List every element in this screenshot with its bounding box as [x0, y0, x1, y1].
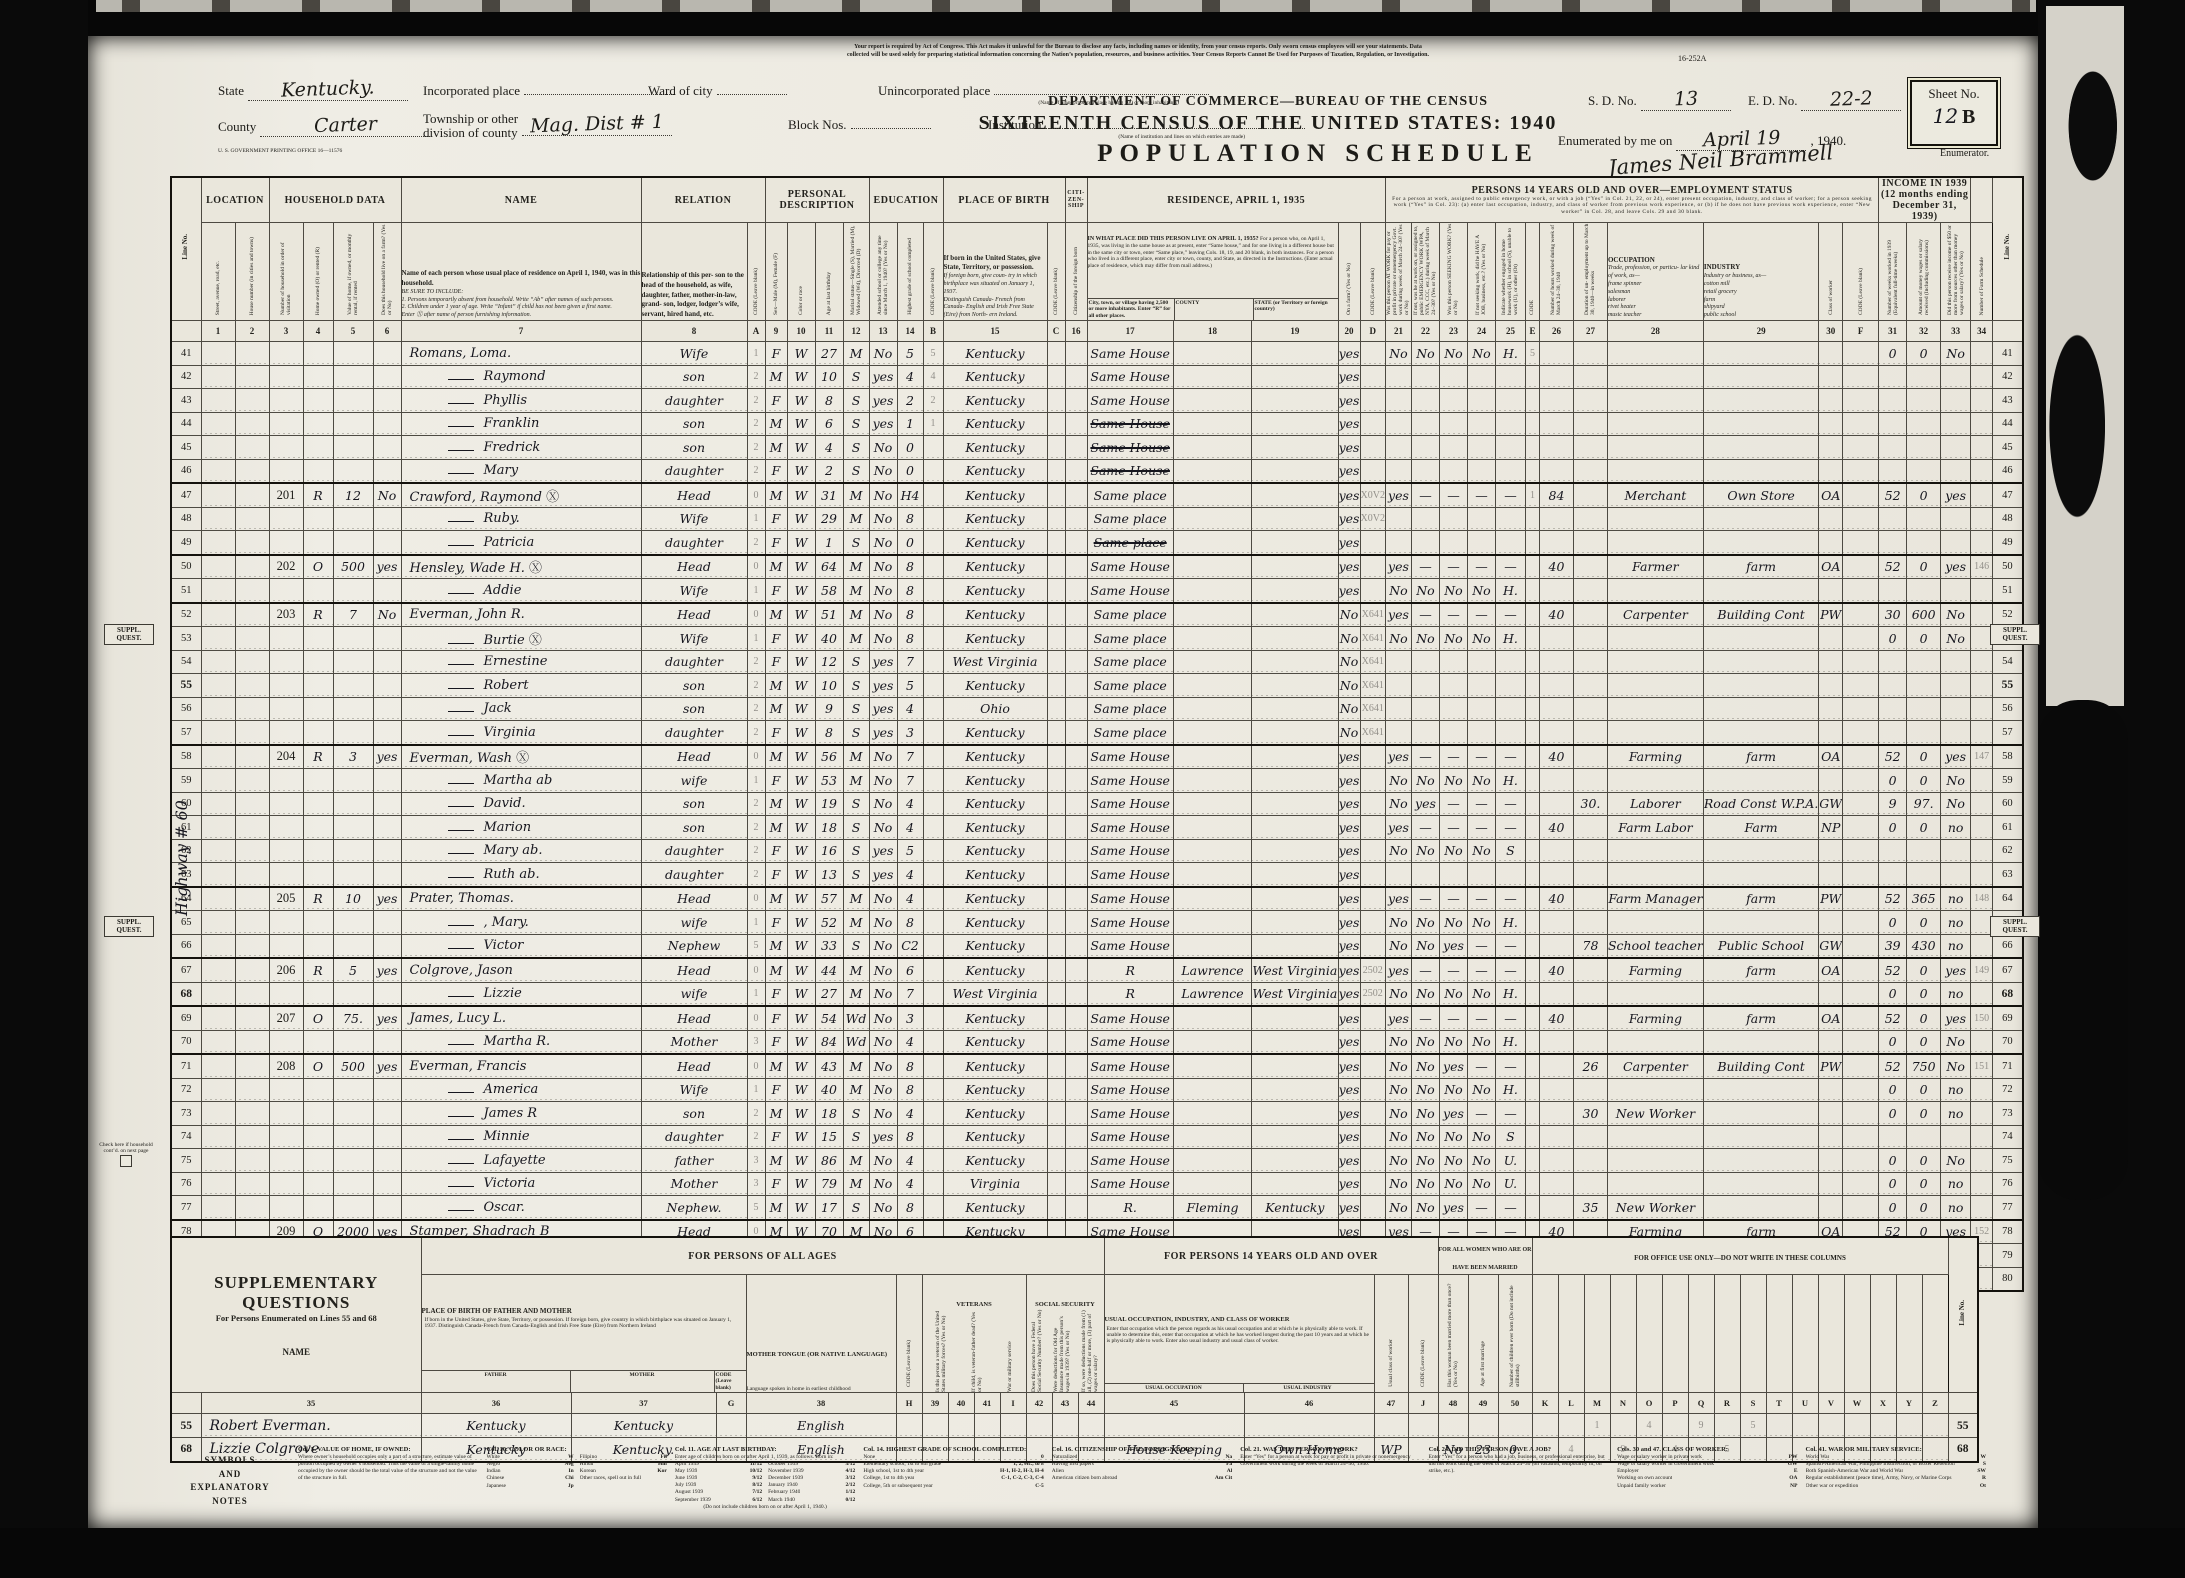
- cell-wks-46: [1879, 459, 1907, 483]
- cell-wage-77: 0: [1907, 1196, 1941, 1220]
- cell-cit-63: [1065, 863, 1087, 887]
- cell-ind-57: [1703, 721, 1818, 745]
- cell-q3-45: [1439, 436, 1467, 460]
- cell-fs-46: [1971, 459, 1993, 483]
- cell-res-49: Same place: [1087, 531, 1173, 555]
- cell-c-47: [1047, 483, 1065, 507]
- person-row-62: 62Mary ab.daughter2FW16Syes5KentuckySame…: [171, 839, 2023, 863]
- cell-sch-66: No: [869, 934, 897, 958]
- cell-occ-61: Farm Labor: [1607, 816, 1703, 840]
- cell-sch-55: yes: [869, 674, 897, 698]
- col-desc-mar: Marital status—Single (S), Married (M), …: [843, 223, 869, 321]
- cell-lineR-66: 66: [1993, 934, 2023, 958]
- sheet-label: Sheet No.: [1912, 86, 1996, 102]
- cell-dur-56: [1573, 697, 1607, 721]
- cell-line-43: 43: [171, 389, 201, 413]
- cell-sex-75: M: [765, 1149, 787, 1173]
- cell-sex-49: F: [765, 531, 787, 555]
- cell-stt-45: [1252, 436, 1338, 460]
- cell-mar-51: M: [843, 579, 869, 603]
- cell-q3-65: No: [1439, 911, 1467, 935]
- col-num-sex: 9: [765, 321, 787, 342]
- cell-fs-71: 151: [1971, 1054, 1993, 1078]
- cell-stt-74: [1252, 1125, 1338, 1149]
- supplementary-questions-table: SUPPLEMENTARY QUESTIONSFor Persons Enume…: [170, 1236, 1979, 1463]
- cell-oi-71: No: [1941, 1054, 1971, 1078]
- cell-b-66: [923, 934, 943, 958]
- cell-rel-70: Mother: [641, 1030, 747, 1054]
- col-num-d: D: [1360, 321, 1385, 342]
- cell-cit-75: [1065, 1149, 1087, 1173]
- cell-dur-68: [1573, 982, 1607, 1006]
- cell-cls-67: OA: [1819, 958, 1843, 982]
- suppl-office-Z-55: [1922, 1414, 1948, 1438]
- cell-race-56: W: [787, 697, 815, 721]
- cell-q4-53: No: [1467, 627, 1495, 651]
- office-col-N: [1610, 1275, 1636, 1393]
- cell-f-55: [1843, 674, 1879, 698]
- cell-d-52: X641: [1360, 603, 1385, 627]
- cell-wks-66: 39: [1879, 934, 1907, 958]
- cell-sex-51: F: [765, 579, 787, 603]
- person-row-61: 61Marionson2MW18SNo4KentuckySame Houseye…: [171, 816, 2023, 840]
- cell-line-47: 47: [171, 483, 201, 507]
- person-row-70: 70Martha R.Mother3FW84WdNo4KentuckySame …: [171, 1030, 2023, 1054]
- cell-a-62: 2: [747, 839, 765, 863]
- cell-wks-42: [1879, 365, 1907, 389]
- cell-h3-43: [269, 389, 303, 413]
- cell-sch-70: No: [869, 1030, 897, 1054]
- cell-c-41: [1047, 342, 1065, 366]
- cell-f-66: [1843, 934, 1879, 958]
- cell-q5-66: —: [1495, 934, 1525, 958]
- cell-hrs-52: 40: [1539, 603, 1573, 627]
- cell-mar-59: M: [843, 769, 869, 793]
- cell-fs-67: 149: [1971, 958, 1993, 982]
- cell-gr-53: 8: [897, 627, 923, 651]
- person-row-56: 56Jackson2MW9Syes4OhioSame placeNoX64156: [171, 697, 2023, 721]
- cell-c-58: [1047, 745, 1065, 769]
- cell-h6-41: [373, 342, 401, 366]
- col-num-wks: 31: [1879, 321, 1907, 342]
- suppl-vetss-4-55: [1000, 1414, 1026, 1438]
- cell-h4-47: R: [303, 483, 333, 507]
- cell-wage-47: 0: [1907, 483, 1941, 507]
- cell-name-74: Minnie: [401, 1125, 641, 1149]
- cell-gr-48: 8: [897, 507, 923, 531]
- cell-q5-42: [1495, 365, 1525, 389]
- cell-hn-56: [235, 697, 269, 721]
- cell-h5-66: [333, 934, 373, 958]
- cell-name-64: Prater, Thomas.: [401, 887, 641, 911]
- cell-sch-49: No: [869, 531, 897, 555]
- pob-header: PLACE OF BIRTH OF FATHER AND MOTHERIf bo…: [421, 1275, 746, 1393]
- cell-c-60: [1047, 792, 1065, 816]
- cell-age-77: 17: [815, 1196, 843, 1220]
- cell-cit-60: [1065, 792, 1087, 816]
- cell-rel-52: Head: [641, 603, 747, 627]
- cell-lineR-51: 51: [1993, 579, 2023, 603]
- contd-checkbox: [120, 1155, 132, 1167]
- cell-res-68: R: [1087, 982, 1173, 1006]
- cell-line-73: 73: [171, 1102, 201, 1126]
- cell-h6-67: yes: [373, 958, 401, 982]
- cell-race-62: W: [787, 839, 815, 863]
- cell-cit-43: [1065, 389, 1087, 413]
- cell-h4-61: [303, 816, 333, 840]
- cell-gr-57: 3: [897, 721, 923, 745]
- cell-cit-41: [1065, 342, 1087, 366]
- cell-hn-50: [235, 555, 269, 579]
- cell-fs-51: [1971, 579, 1993, 603]
- cell-race-76: W: [787, 1172, 815, 1196]
- cell-res-77: R.: [1087, 1196, 1173, 1220]
- office-col-U: [1792, 1275, 1818, 1393]
- group-header-3: RELATION: [641, 177, 765, 223]
- cell-h5-52: 7: [333, 603, 373, 627]
- cell-c-63: [1047, 863, 1065, 887]
- cell-q1-77: No: [1385, 1196, 1411, 1220]
- cell-q3-76: No: [1439, 1172, 1467, 1196]
- cell-frm-50: yes: [1338, 555, 1360, 579]
- cell-q2-57: [1411, 721, 1439, 745]
- cell-h5-50: 500: [333, 555, 373, 579]
- cell-race-70: W: [787, 1030, 815, 1054]
- col-desc-race: Color or race: [787, 223, 815, 321]
- cell-stt-70: [1252, 1030, 1338, 1054]
- cell-h4-56: [303, 697, 333, 721]
- cell-frm-68: yes: [1338, 982, 1360, 1006]
- cell-occ-49: [1607, 531, 1703, 555]
- cell-name-41: Romans, Loma.: [401, 342, 641, 366]
- cell-wks-65: 0: [1879, 911, 1907, 935]
- cell-a-54: 2: [747, 650, 765, 674]
- cell-lineR-43: 43: [1993, 389, 2023, 413]
- cell-stt-61: [1252, 816, 1338, 840]
- cell-q2-41: No: [1411, 342, 1439, 366]
- cell-rel-72: Wife: [641, 1078, 747, 1102]
- cell-gr-70: 4: [897, 1030, 923, 1054]
- cell-f-68: [1843, 982, 1879, 1006]
- cell-q1-48: [1385, 507, 1411, 531]
- cell-h6-76: [373, 1172, 401, 1196]
- cell-gr-45: 0: [897, 436, 923, 460]
- col-num-c: C: [1047, 321, 1065, 342]
- cell-a-43: 2: [747, 389, 765, 413]
- office-col-L: [1558, 1275, 1584, 1393]
- cell-hrs-46: [1539, 459, 1573, 483]
- cell-q1-56: [1385, 697, 1411, 721]
- cell-q2-64: —: [1411, 887, 1439, 911]
- cell-name-45: Fredrick: [401, 436, 641, 460]
- cell-cls-46: [1819, 459, 1843, 483]
- cell-cty-70: [1173, 1030, 1251, 1054]
- cell-age-67: 44: [815, 958, 843, 982]
- cell-sch-68: No: [869, 982, 897, 1006]
- cell-ind-67: farm: [1703, 958, 1818, 982]
- cell-q2-48: [1411, 507, 1439, 531]
- cell-q5-46: [1495, 459, 1525, 483]
- cell-rel-48: Wife: [641, 507, 747, 531]
- cell-age-50: 64: [815, 555, 843, 579]
- cell-gr-62: 5: [897, 839, 923, 863]
- cell-h4-52: R: [303, 603, 333, 627]
- suppl-vetss-0-55: [896, 1414, 922, 1438]
- cell-hrs-56: [1539, 697, 1573, 721]
- cell-h4-53: [303, 627, 333, 651]
- cell-cty-66: [1173, 934, 1251, 958]
- scan-left-edge: [0, 0, 88, 1578]
- cell-e-72: [1525, 1078, 1539, 1102]
- cell-gr-47: H4: [897, 483, 923, 507]
- cell-mar-75: M: [843, 1149, 869, 1173]
- cell-hn-42: [235, 365, 269, 389]
- cell-occ-74: [1607, 1125, 1703, 1149]
- cell-sch-63: yes: [869, 863, 897, 887]
- cell-race-65: W: [787, 911, 815, 935]
- cell-sch-56: yes: [869, 697, 897, 721]
- cell-cls-56: [1819, 697, 1843, 721]
- cell-mar-67: M: [843, 958, 869, 982]
- cell-st-66: [201, 934, 235, 958]
- cell-res-66: Same House: [1087, 934, 1173, 958]
- suppl-office-R-55: [1714, 1414, 1740, 1438]
- cell-cls-42: [1819, 365, 1843, 389]
- cell-b-77: [923, 1196, 943, 1220]
- cell-h4-46: [303, 459, 333, 483]
- cell-hrs-65: [1539, 911, 1573, 935]
- note-block-2: Col. 11. AGE AT LAST BIRTHDAY:Enter age …: [675, 1446, 855, 1511]
- cell-race-58: W: [787, 745, 815, 769]
- cell-stt-53: [1252, 627, 1338, 651]
- cell-d-65: [1360, 911, 1385, 935]
- cell-wks-53: 0: [1879, 627, 1907, 651]
- cell-sex-50: M: [765, 555, 787, 579]
- cell-h6-60: [373, 792, 401, 816]
- cell-cls-76: [1819, 1172, 1843, 1196]
- cell-oi-64: no: [1941, 887, 1971, 911]
- cell-q4-66: —: [1467, 934, 1495, 958]
- cell-gr-74: 8: [897, 1125, 923, 1149]
- cell-q3-48: [1439, 507, 1467, 531]
- cell-h6-52: No: [373, 603, 401, 627]
- women-col-1: Age at first marriage: [1468, 1275, 1498, 1393]
- suppl-quest-marker-55-left: SUPPL. QUEST.: [104, 624, 154, 645]
- cell-cit-69: [1065, 1006, 1087, 1030]
- cell-race-73: W: [787, 1102, 815, 1126]
- cell-q1-66: No: [1385, 934, 1411, 958]
- cell-q1-68: No: [1385, 982, 1411, 1006]
- cell-f-51: [1843, 579, 1879, 603]
- cell-gr-63: 4: [897, 863, 923, 887]
- cell-occ-58: Farming: [1607, 745, 1703, 769]
- cell-q1-57: [1385, 721, 1411, 745]
- cell-lineR-46: 46: [1993, 459, 2023, 483]
- cell-bpl-77: Kentucky: [943, 1196, 1047, 1220]
- cell-stt-57: [1252, 721, 1338, 745]
- cell-lineR-76: 76: [1993, 1172, 2023, 1196]
- suppl-office-L-55: [1558, 1414, 1584, 1438]
- cell-d-55: X641: [1360, 674, 1385, 698]
- cell-q3-52: —: [1439, 603, 1467, 627]
- cell-bpl-73: Kentucky: [943, 1102, 1047, 1126]
- cell-st-54: [201, 650, 235, 674]
- cell-h5-74: [333, 1125, 373, 1149]
- cell-e-63: [1525, 863, 1539, 887]
- cell-lineR-44: 44: [1993, 412, 2023, 436]
- cell-frm-52: No: [1338, 603, 1360, 627]
- cell-fs-56: [1971, 697, 1993, 721]
- cell-line-53: 53: [171, 627, 201, 651]
- previous-sheet-sliver: [96, 0, 2036, 12]
- cell-h3-52: 203: [269, 603, 303, 627]
- office-col-T: [1766, 1275, 1792, 1393]
- cell-q4-56: [1467, 697, 1495, 721]
- cell-cty-52: [1173, 603, 1251, 627]
- cell-hrs-66: [1539, 934, 1573, 958]
- cell-race-75: W: [787, 1149, 815, 1173]
- cell-wage-72: 0: [1907, 1078, 1941, 1102]
- cell-d-47: X0V2: [1360, 483, 1385, 507]
- cell-sch-42: yes: [869, 365, 897, 389]
- cell-f-69: [1843, 1006, 1879, 1030]
- cell-h3-42: [269, 365, 303, 389]
- cell-wks-62: [1879, 839, 1907, 863]
- cell-f-75: [1843, 1149, 1879, 1173]
- suppl-num-4: G: [716, 1393, 746, 1414]
- cell-q4-58: —: [1467, 745, 1495, 769]
- cell-h3-71: 208: [269, 1054, 303, 1078]
- cell-b-68: [923, 982, 943, 1006]
- cell-b-59: [923, 769, 943, 793]
- suppl-num-0: [171, 1393, 201, 1414]
- cell-f-59: [1843, 769, 1879, 793]
- cell-lineR-59: 59: [1993, 769, 2023, 793]
- cell-wage-73: 0: [1907, 1102, 1941, 1126]
- cell-sch-73: No: [869, 1102, 897, 1126]
- cell-a-59: 1: [747, 769, 765, 793]
- cell-h6-64: yes: [373, 887, 401, 911]
- cell-race-66: W: [787, 934, 815, 958]
- cell-bpl-44: Kentucky: [943, 412, 1047, 436]
- cell-bpl-60: Kentucky: [943, 792, 1047, 816]
- cell-stt-42: [1252, 365, 1338, 389]
- cell-h3-58: 204: [269, 745, 303, 769]
- person-row-54: 54Ernestinedaughter2FW12Syes7West Virgin…: [171, 650, 2023, 674]
- cell-h5-48: [333, 507, 373, 531]
- unincorporated-field: Unincorporated place (Name of unincorpor…: [878, 82, 1209, 106]
- cell-f-41: [1843, 342, 1879, 366]
- cell-mar-48: M: [843, 507, 869, 531]
- cell-mar-50: M: [843, 555, 869, 579]
- cell-lineR-63: 63: [1993, 863, 2023, 887]
- cell-f-46: [1843, 459, 1879, 483]
- cell-mar-44: S: [843, 412, 869, 436]
- cell-sch-50: No: [869, 555, 897, 579]
- cell-fs-64: 148: [1971, 887, 1993, 911]
- cell-oi-48: [1941, 507, 1971, 531]
- incorporated-place-label: Incorporated place: [423, 83, 520, 98]
- cell-q5-74: S: [1495, 1125, 1525, 1149]
- suppl-office-M-55: 1: [1584, 1414, 1610, 1438]
- cell-rel-69: Head: [641, 1006, 747, 1030]
- cell-fs-55: [1971, 674, 1993, 698]
- main-census-table: Line No.LOCATIONHOUSEHOLD DATANAMERELATI…: [170, 176, 2024, 1292]
- cell-q3-70: No: [1439, 1030, 1467, 1054]
- cell-ind-72: [1703, 1078, 1818, 1102]
- cell-hrs-55: [1539, 674, 1573, 698]
- cell-cit-56: [1065, 697, 1087, 721]
- suppl-office-P-55: [1662, 1414, 1688, 1438]
- cell-fs-58: 147: [1971, 745, 1993, 769]
- cell-f-71: [1843, 1054, 1879, 1078]
- cell-h6-46: [373, 459, 401, 483]
- code-h-header: CODE (Leave blank): [896, 1275, 922, 1393]
- cell-a-48: 1: [747, 507, 765, 531]
- cell-h6-63: [373, 863, 401, 887]
- cell-hrs-53: [1539, 627, 1573, 651]
- cell-stt-75: [1252, 1149, 1338, 1173]
- cell-hrs-62: [1539, 839, 1573, 863]
- col-desc-q2: If not, was he at work on, or assigned t…: [1411, 223, 1439, 321]
- cell-line-72: 72: [171, 1078, 201, 1102]
- cell-cls-74: [1819, 1125, 1843, 1149]
- cell-hn-47: [235, 483, 269, 507]
- cell-lineR-49: 49: [1993, 531, 2023, 555]
- cell-e-73: [1525, 1102, 1539, 1126]
- cell-frm-63: yes: [1338, 863, 1360, 887]
- cell-mar-42: S: [843, 365, 869, 389]
- cell-age-45: 4: [815, 436, 843, 460]
- legal-notice-line2: collected will be used solely for prepar…: [688, 52, 1588, 60]
- cell-wage-75: 0: [1907, 1149, 1941, 1173]
- cell-f-70: [1843, 1030, 1879, 1054]
- cell-age-66: 33: [815, 934, 843, 958]
- cell-lineR-50: 50: [1993, 555, 2023, 579]
- cell-f-64: [1843, 887, 1879, 911]
- group-header-1: HOUSEHOLD DATA: [269, 177, 401, 223]
- cell-dur-70: [1573, 1030, 1607, 1054]
- cell-cty-68: Lawrence: [1173, 982, 1251, 1006]
- cell-stt-65: [1252, 911, 1338, 935]
- suppl-vetss-6-55: [1052, 1414, 1078, 1438]
- cell-hn-45: [235, 436, 269, 460]
- person-row-44: 44Franklinson2MW6Syes11KentuckySame Hous…: [171, 412, 2023, 436]
- cell-h5-61: [333, 816, 373, 840]
- cell-line-51: 51: [171, 579, 201, 603]
- cell-q2-71: No: [1411, 1054, 1439, 1078]
- cell-a-65: 1: [747, 911, 765, 935]
- cell-sch-59: No: [869, 769, 897, 793]
- cell-h6-61: [373, 816, 401, 840]
- cell-q2-68: No: [1411, 982, 1439, 1006]
- cell-sex-58: M: [765, 745, 787, 769]
- cell-hn-60: [235, 792, 269, 816]
- cell-q5-54: [1495, 650, 1525, 674]
- cell-c-56: [1047, 697, 1065, 721]
- cell-res-52: Same place: [1087, 603, 1173, 627]
- suppl-num-14: 45: [1104, 1393, 1244, 1414]
- col-desc-res: IN WHAT PLACE DID THIS PERSON LIVE ON AP…: [1087, 223, 1338, 321]
- cell-wks-41: 0: [1879, 342, 1907, 366]
- cell-rel-71: Head: [641, 1054, 747, 1078]
- cell-wage-48: [1907, 507, 1941, 531]
- cell-gr-64: 4: [897, 887, 923, 911]
- cell-wks-67: 52: [1879, 958, 1907, 982]
- cell-frm-67: yes: [1338, 958, 1360, 982]
- cell-cty-60: [1173, 792, 1251, 816]
- cell-wage-41: 0: [1907, 342, 1941, 366]
